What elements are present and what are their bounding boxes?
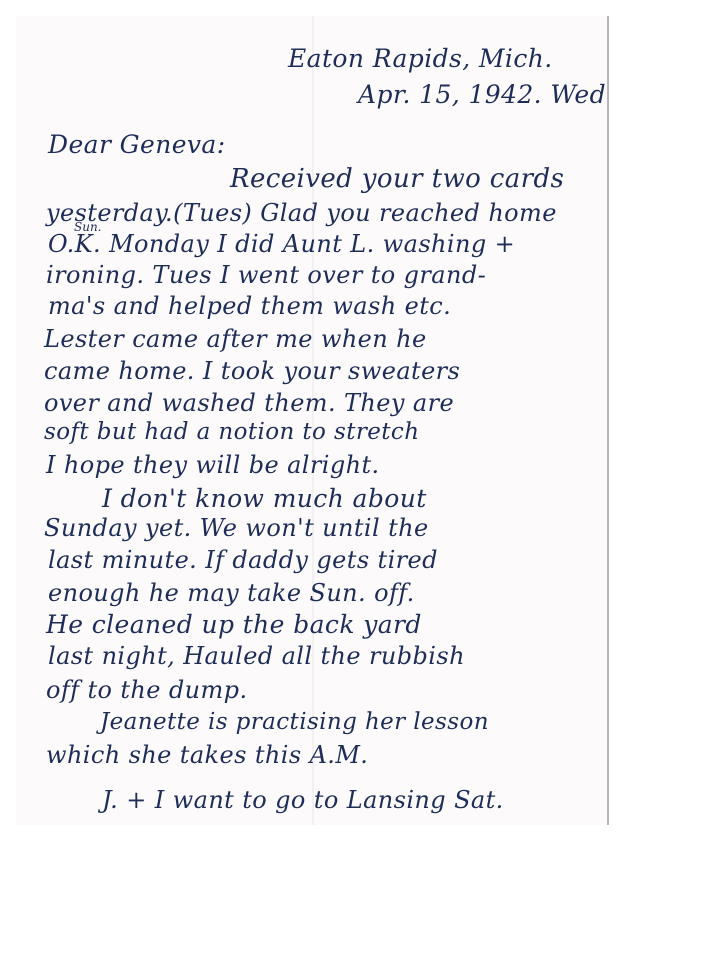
letter-line: Received your two cards: [230, 166, 564, 192]
letter-line: yesterday.(Tues) Glad you reached home: [46, 201, 557, 225]
letter-line: last minute. If daddy gets tired: [48, 548, 438, 572]
letter-line: ma's and helped them wash etc.: [48, 294, 451, 318]
letter-line: J. + I want to go to Lansing Sat.: [102, 788, 504, 812]
letter-line: ironing. Tues I went over to grand-: [46, 263, 486, 287]
letter-line: Jeanette is practising her lesson: [100, 711, 489, 734]
salutation: Dear Geneva:: [48, 132, 226, 157]
heading-place: Eaton Rapids, Mich.: [288, 46, 553, 71]
letter-line: Sunday yet. We won't until the: [44, 516, 429, 540]
letter-line: enough he may take Sun. off.: [48, 581, 415, 605]
letter-line: I don't know much about: [102, 486, 427, 511]
letter-line: I hope they will be alright.: [46, 453, 380, 477]
letter-line: soft but had a notion to stretch: [44, 421, 419, 444]
letter-line: last night, Hauled all the rubbish: [48, 644, 465, 668]
heading-date: Apr. 15, 1942. Wed.: [358, 82, 609, 107]
letter-line: O.K. Monday I did Aunt L. washing +: [48, 232, 515, 256]
letter-line: Lester came after me when he: [44, 327, 427, 351]
letter-line: which she takes this A.M.: [46, 743, 368, 767]
letter-page: Eaton Rapids, Mich. Apr. 15, 1942. Wed. …: [16, 16, 609, 825]
letter-line: came home. I took your sweaters: [44, 359, 460, 383]
letter-line: He cleaned up the back yard: [46, 612, 422, 637]
letter-line: off to the dump.: [46, 678, 247, 702]
letter-line: over and washed them. They are: [44, 391, 454, 415]
